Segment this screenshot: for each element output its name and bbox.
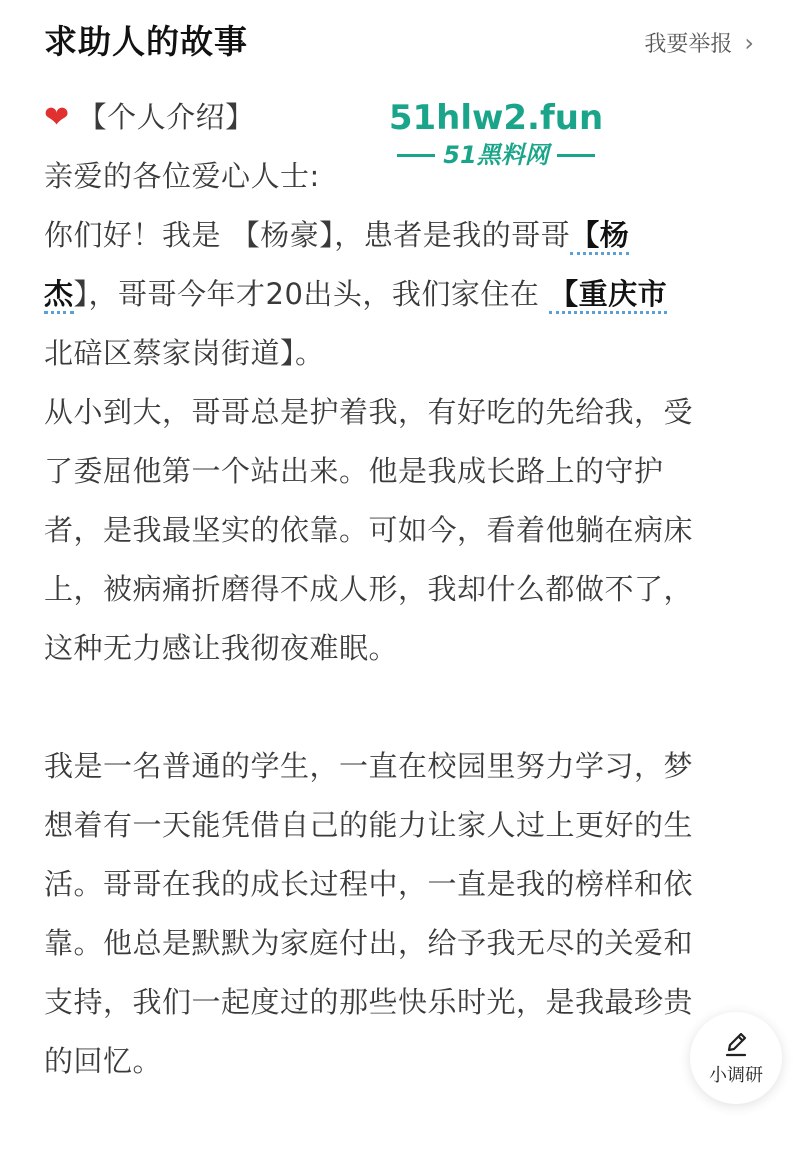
story-content: ❤ 【个人介绍】 亲爱的各位爱心人士: 你们好！我是 【杨豪】，患者是我的哥哥【… <box>44 88 760 1091</box>
story-line: 靠。他总是默默为家庭付出，给予我无尽的关爱和 <box>44 914 760 973</box>
watermark-domain: 51hlw2.fun <box>384 96 608 140</box>
story-line: 的回忆。 <box>44 1032 760 1091</box>
paragraph-gap <box>44 678 760 737</box>
chevron-right-icon: › <box>744 29 754 57</box>
dash-decoration <box>397 154 435 157</box>
story-line: 这种无力感让我彻夜难眠。 <box>44 619 760 678</box>
dash-decoration <box>557 154 595 157</box>
story-line: 从小到大，哥哥总是护着我，有好吃的先给我，受 <box>44 383 760 442</box>
report-button[interactable]: 我要举报 › <box>644 27 754 58</box>
greeting-line-1: 你们好！我是 【杨豪】，患者是我的哥哥【杨 <box>44 206 760 265</box>
greeting-line-3: 北碚区蔡家岗街道】。 <box>44 324 760 383</box>
survey-label: 小调研 <box>709 1061 763 1087</box>
story-line: 我是一名普通的学生，一直在校园里努力学习，梦 <box>44 737 760 796</box>
page-title: 求助人的故事 <box>44 16 248 63</box>
survey-button[interactable]: 小调研 <box>690 1012 782 1104</box>
story-line: 上，被病痛折磨得不成人形，我却什么都做不了， <box>44 560 760 619</box>
story-line: 想着有一天能凭借自己的能力让家人过上更好的生 <box>44 796 760 855</box>
patient-name-link-cont[interactable]: 杰 <box>44 277 74 314</box>
report-label: 我要举报 <box>644 27 732 58</box>
address-link[interactable]: 【重庆市 <box>549 277 667 314</box>
watermark-name-row: 51黑料网 <box>384 140 608 170</box>
story-line: 了委屈他第一个站出来。他是我成长路上的守护 <box>44 442 760 501</box>
story-line: 者，是我最坚实的依靠。可如今，看着他躺在病床 <box>44 501 760 560</box>
story-line: 活。哥哥在我的成长过程中，一直是我的榜样和依 <box>44 855 760 914</box>
story-line: 支持，我们一起度过的那些快乐时光，是我最珍贵 <box>44 973 760 1032</box>
pencil-icon <box>721 1029 751 1059</box>
heart-icon: ❤ <box>44 88 70 147</box>
patient-name-link[interactable]: 【杨 <box>570 218 629 255</box>
greeting-line-2: 杰】，哥哥今年才20出头，我们家住在 【重庆市 <box>44 265 760 324</box>
page-header: 求助人的故事 我要举报 › <box>0 0 800 86</box>
watermark-name: 51黑料网 <box>443 140 548 170</box>
intro-label: 【个人介绍】 <box>78 88 255 147</box>
watermark: 51hlw2.fun 51黑料网 <box>384 96 608 170</box>
